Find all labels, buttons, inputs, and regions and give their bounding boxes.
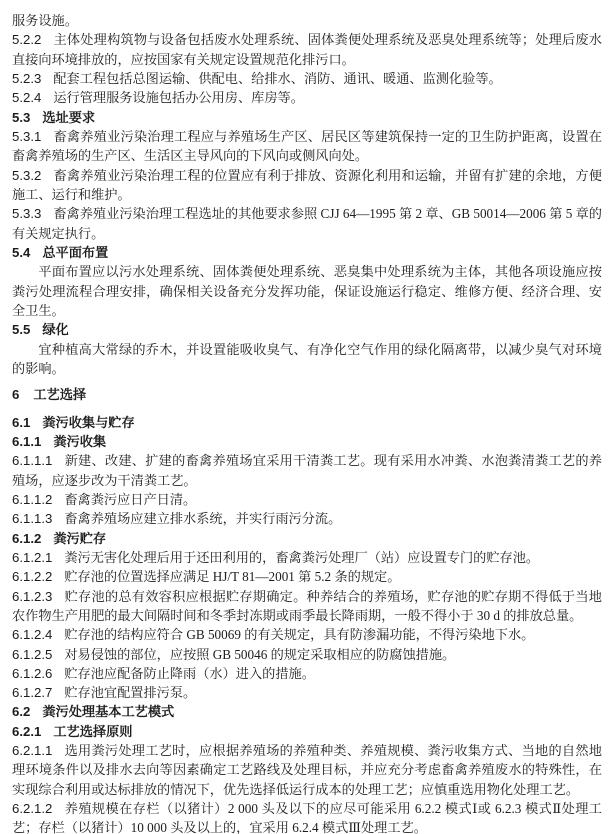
heading-number: 5.4: [12, 245, 30, 260]
clause-number: 6.1.2.3: [12, 589, 52, 604]
clause-number: 5.2.2: [12, 32, 41, 47]
heading-number: 6.1: [12, 415, 30, 430]
clause-text: 贮存池的位置选择应满足 HJ/T 81—2001 第 5.2 条的规定。: [64, 569, 400, 584]
clause-number: 6.1.2.5: [12, 647, 52, 662]
clause-5.2.3: 5.2.3配套工程包括总图运输、供配电、给排水、消防、通讯、暖通、监测化验等。: [12, 69, 602, 88]
heading-number: 5.5: [12, 322, 30, 337]
clause-text: 贮存池宜配置排污泵。: [64, 685, 196, 700]
clause-5.3.2: 5.3.2畜禽养殖业污染治理工程的位置应有利于排放、资源化利用和运输，并留有扩建…: [12, 166, 602, 205]
heading-text: 粪污处理基本工艺模式: [42, 704, 174, 719]
clause-6.1.2.6: 6.1.2.6贮存池应配备防止降雨（水）进入的措施。: [12, 664, 602, 683]
clause-number: 6.1.2.4: [12, 627, 52, 642]
clause-6.1.2.4: 6.1.2.4贮存池的结构应符合 GB 50069 的有关规定，具有防渗漏功能，…: [12, 625, 602, 644]
heading-text: 选址要求: [42, 110, 95, 125]
heading-5.4: 5.4总平面布置: [12, 243, 602, 262]
heading-number: 6.1.1: [12, 434, 41, 449]
paragraph-text: 宜种植高大常绿的乔木，并设置能吸收臭气、有净化空气作用的绿化隔离带，以减少臭气对…: [12, 342, 602, 376]
clause-text: 粪污无害化处理后用于还田利用的，畜禽粪污处理厂（站）应设置专门的贮存池。: [64, 550, 539, 565]
clause-text: 配套工程包括总图运输、供配电、给排水、消防、通讯、暖通、监测化验等。: [53, 71, 501, 86]
clause-text: 畜禽养殖场应建立排水系统，并实行雨污分流。: [64, 511, 341, 526]
clause-5.3.3: 5.3.3畜禽养殖业污染治理工程选址的其他要求参照 CJJ 64—1995 第 …: [12, 204, 602, 243]
heading-number: 6.2: [12, 704, 30, 719]
clause-number: 5.3.1: [12, 129, 41, 144]
clause-number: 6.1.1.2: [12, 492, 52, 507]
clause-text: 运行管理服务设施包括办公用房、库房等。: [53, 90, 304, 105]
heading-text: 粪污收集: [53, 434, 106, 449]
clause-text: 对易侵蚀的部位，应按照 GB 50046 的规定采取相应的防腐蚀措施。: [64, 647, 455, 662]
heading-6.2: 6.2粪污处理基本工艺模式: [12, 702, 602, 721]
clause-text: 畜禽养殖业污染治理工程选址的其他要求参照 CJJ 64—1995 第 2 章、G…: [12, 206, 602, 240]
paragraph-text: 平面布置应以污水处理系统、固体粪便处理系统、恶臭集中处理系统为主体，其他各项设施…: [12, 264, 602, 318]
clause-6.1.2.5: 6.1.2.5对易侵蚀的部位，应按照 GB 50046 的规定采取相应的防腐蚀措…: [12, 645, 602, 664]
clause-5.2.2: 5.2.2主体处理构筑物与设备包括废水处理系统、固体粪便处理系统及恶臭处理系统等…: [12, 30, 602, 69]
chapter-text: 工艺选择: [33, 387, 86, 402]
clause-number: 6.1.1.3: [12, 511, 52, 526]
clause-6.2.1.1: 6.2.1.1选用粪污处理工艺时，应根据养殖场的养殖种类、养殖规模、粪污收集方式…: [12, 741, 602, 799]
clause-number: 5.2.4: [12, 90, 41, 105]
paragraph-5.5-body: 宜种植高大常绿的乔木，并设置能吸收臭气、有净化空气作用的绿化隔离带，以减少臭气对…: [12, 340, 602, 379]
heading-number: 6.1.2: [12, 531, 41, 546]
paragraph-5.4-body: 平面布置应以污水处理系统、固体粪便处理系统、恶臭集中处理系统为主体，其他各项设施…: [12, 262, 602, 320]
clause-text: 贮存池的结构应符合 GB 50069 的有关规定，具有防渗漏功能，不得污染地下水…: [64, 627, 534, 642]
clause-text: 畜禽养殖业污染治理工程的位置应有利于排放、资源化利用和运输，并留有扩建的余地，方…: [12, 168, 602, 202]
clause-6.2.1.2: 6.2.1.2养殖规模在存栏（以猪计）2 000 头及以下的应尽可能采用 6.2…: [12, 799, 602, 834]
clause-text: 养殖规模在存栏（以猪计）2 000 头及以下的应尽可能采用 6.2.2 模式Ⅰ或…: [12, 801, 602, 834]
clause-number: 6.1.2.7: [12, 685, 52, 700]
heading-text: 绿化: [42, 322, 68, 337]
clause-5.2.4: 5.2.4运行管理服务设施包括办公用房、库房等。: [12, 88, 602, 107]
heading-6.2.1: 6.2.1工艺选择原则: [12, 722, 602, 741]
heading-text: 粪污收集与贮存: [42, 415, 134, 430]
heading-text: 粪污贮存: [53, 531, 106, 546]
document-page: 服务设施。 5.2.2主体处理构筑物与设备包括废水处理系统、固体粪便处理系统及恶…: [0, 0, 615, 834]
clause-number: 6.1.2.1: [12, 550, 52, 565]
heading-text: 总平面布置: [42, 245, 108, 260]
clause-text: 选用粪污处理工艺时，应根据养殖场的养殖种类、养殖规模、粪污收集方式、当地的自然地…: [12, 743, 602, 797]
clause-number: 5.3.3: [12, 206, 41, 221]
clause-text: 贮存池的总有效容积应根据贮存期确定。种养结合的养殖场，贮存池的贮存期不得低于当地…: [12, 589, 602, 623]
heading-text: 工艺选择原则: [53, 724, 132, 739]
chapter-number: 6: [12, 387, 19, 402]
clause-6.1.1.1: 6.1.1.1新建、改建、扩建的畜禽养殖场宜采用干清粪工艺。现有采用水冲粪、水泡…: [12, 451, 602, 490]
heading-5.5: 5.5绿化: [12, 320, 602, 339]
clause-6.1.1.2: 6.1.1.2畜禽粪污应日产日清。: [12, 490, 602, 509]
heading-6.1: 6.1粪污收集与贮存: [12, 413, 602, 432]
clause-number: 6.1.2.6: [12, 666, 52, 681]
clause-number: 6.1.2.2: [12, 569, 52, 584]
clause-text: 畜禽养殖业污染治理工程应与养殖场生产区、居民区等建筑保持一定的卫生防护距离，设置…: [12, 129, 602, 163]
clause-6.1.1.3: 6.1.1.3畜禽养殖场应建立排水系统，并实行雨污分流。: [12, 509, 602, 528]
clause-6.1.2.2: 6.1.2.2贮存池的位置选择应满足 HJ/T 81—2001 第 5.2 条的…: [12, 567, 602, 586]
heading-5.3: 5.3选址要求: [12, 108, 602, 127]
clause-6.1.2.7: 6.1.2.7贮存池宜配置排污泵。: [12, 683, 602, 702]
clause-text: 新建、改建、扩建的畜禽养殖场宜采用干清粪工艺。现有采用水冲粪、水泡粪清粪工艺的养…: [12, 453, 602, 487]
clause-text: 畜禽粪污应日产日清。: [64, 492, 196, 507]
chapter-heading-6: 6工艺选择: [12, 385, 602, 404]
heading-6.1.1: 6.1.1粪污收集: [12, 432, 602, 451]
clause-6.1.2.1: 6.1.2.1粪污无害化处理后用于还田利用的，畜禽粪污处理厂（站）应设置专门的贮…: [12, 548, 602, 567]
clause-number: 5.3.2: [12, 168, 41, 183]
clause-5.3.1: 5.3.1畜禽养殖业污染治理工程应与养殖场生产区、居民区等建筑保持一定的卫生防护…: [12, 127, 602, 166]
paragraph-continuation: 服务设施。: [12, 11, 602, 30]
clause-number: 5.2.3: [12, 71, 41, 86]
clause-text: 贮存池应配备防止降雨（水）进入的措施。: [64, 666, 315, 681]
heading-number: 6.2.1: [12, 724, 41, 739]
heading-number: 5.3: [12, 110, 30, 125]
clause-text: 主体处理构筑物与设备包括废水处理系统、固体粪便处理系统及恶臭处理系统等；处理后废…: [12, 32, 602, 66]
heading-6.1.2: 6.1.2粪污贮存: [12, 529, 602, 548]
clause-6.1.2.3: 6.1.2.3贮存池的总有效容积应根据贮存期确定。种养结合的养殖场，贮存池的贮存…: [12, 587, 602, 626]
clause-number: 6.1.1.1: [12, 453, 52, 468]
clause-number: 6.2.1.2: [12, 801, 52, 816]
paragraph-text: 服务设施。: [12, 13, 78, 28]
clause-number: 6.2.1.1: [12, 743, 52, 758]
